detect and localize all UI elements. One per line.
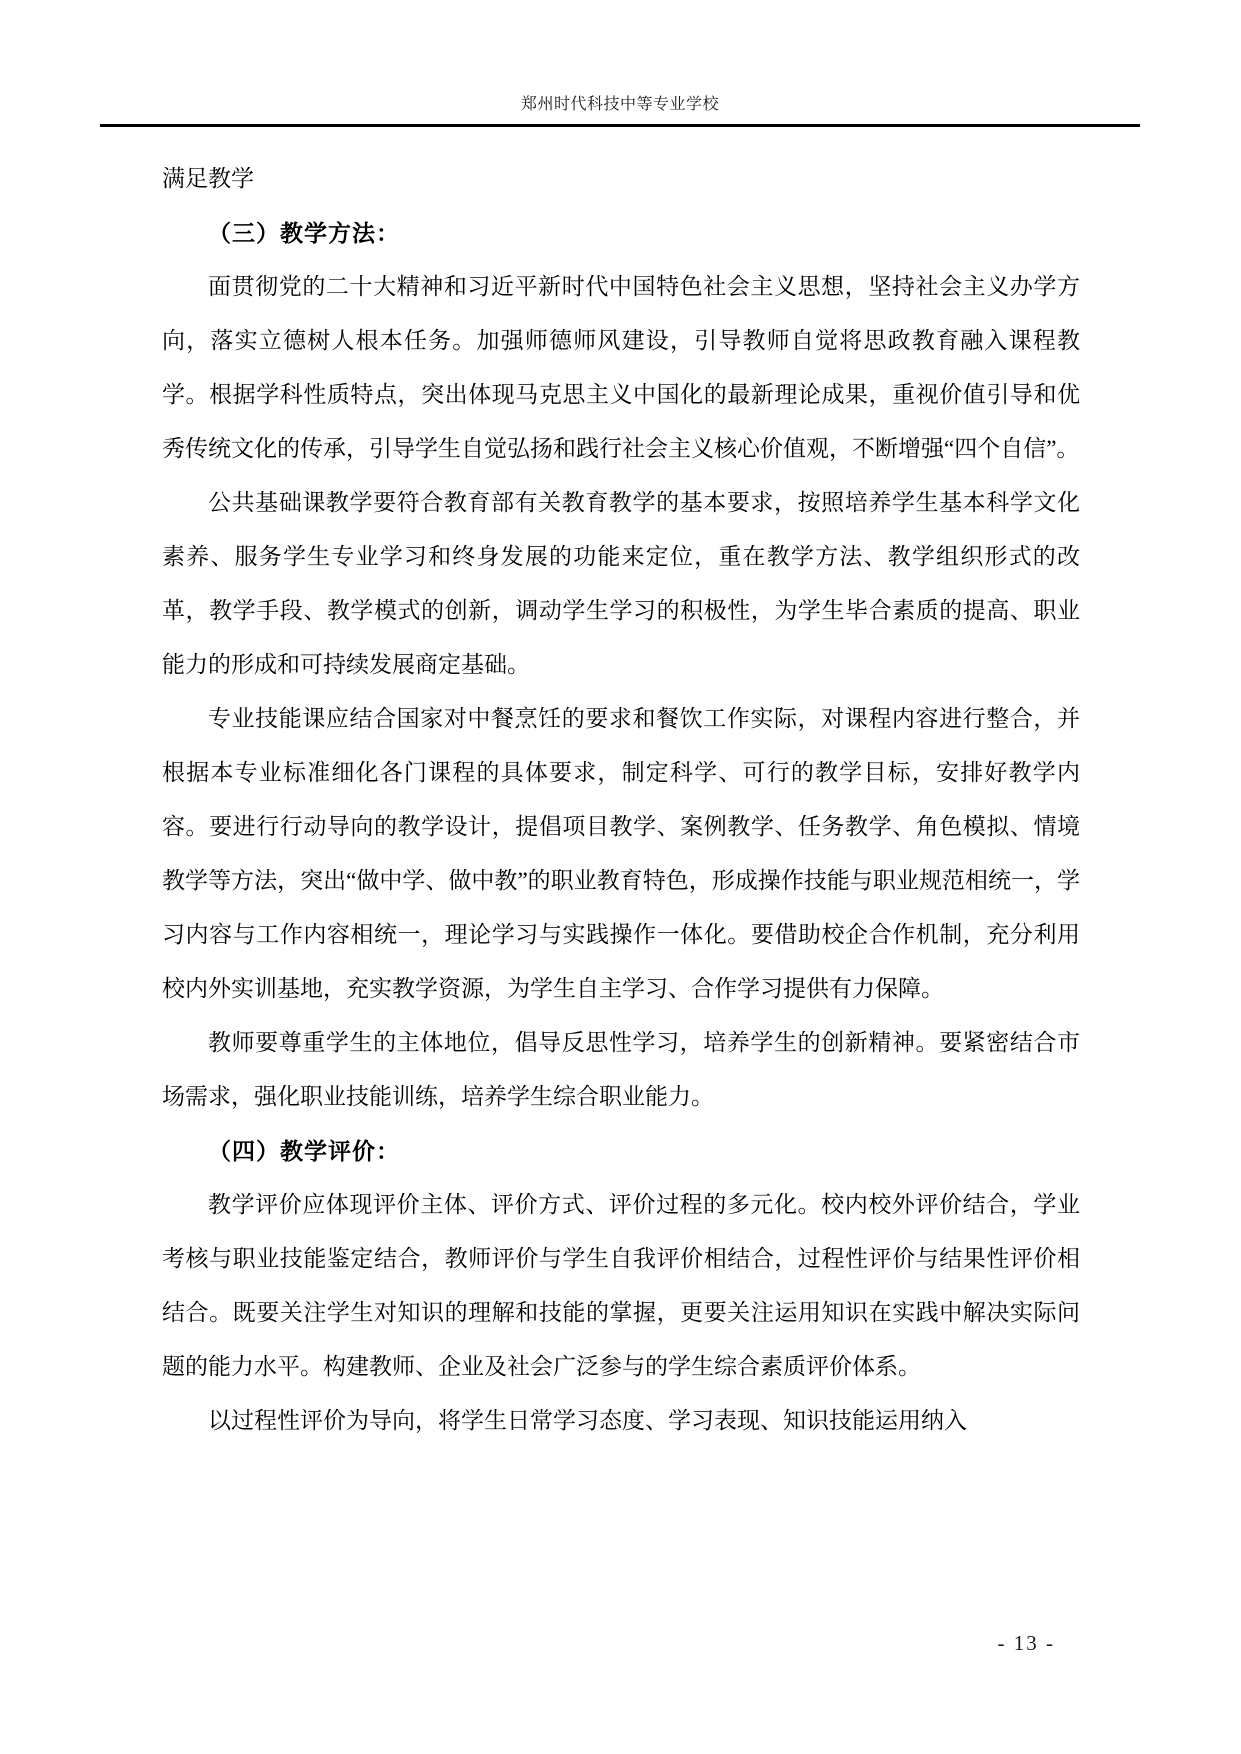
document-body: 满足教学 （三）教学方法： 面贯彻党的二十大精神和习近平新时代中国特色社会主义思… [162, 152, 1080, 1448]
section-heading-teaching-evaluation: （四）教学评价： [162, 1124, 1080, 1178]
paragraph-ideology-guidance: 面贯彻党的二十大精神和习近平新时代中国特色社会主义思想，坚持社会主义办学方向，落… [162, 260, 1080, 476]
page-number: - 13 - [998, 1631, 1056, 1655]
paragraph-carryover-fragment: 满足教学 [162, 152, 1080, 206]
paragraph-public-basic-courses: 公共基础课教学要符合教育部有关教育教学的基本要求，按照培养学生基本科学文化素养、… [162, 476, 1080, 692]
page-footer: - 13 - [998, 1631, 1056, 1656]
paragraph-evaluation-diversity: 教学评价应体现评价主体、评价方式、评价过程的多元化。校内校外评价结合，学业考核与… [162, 1178, 1080, 1394]
document-page: 郑州时代科技中等专业学校 满足教学 （三）教学方法： 面贯彻党的二十大精神和习近… [0, 0, 1241, 1754]
paragraph-professional-skill-courses: 专业技能课应结合国家对中餐烹饪的要求和餐饮工作实际，对课程内容进行整合，并根据本… [162, 692, 1080, 1016]
page-header: 郑州时代科技中等专业学校 [100, 94, 1140, 127]
paragraph-teacher-respect-students: 教师要尊重学生的主体地位，倡导反思性学习，培养学生的创新精神。要紧密结合市场需求… [162, 1016, 1080, 1124]
header-school-name: 郑州时代科技中等专业学校 [100, 94, 1140, 116]
paragraph-process-evaluation: 以过程性评价为导向，将学生日常学习态度、学习表现、知识技能运用纳入 [162, 1394, 1080, 1448]
section-heading-teaching-methods: （三）教学方法： [162, 206, 1080, 260]
